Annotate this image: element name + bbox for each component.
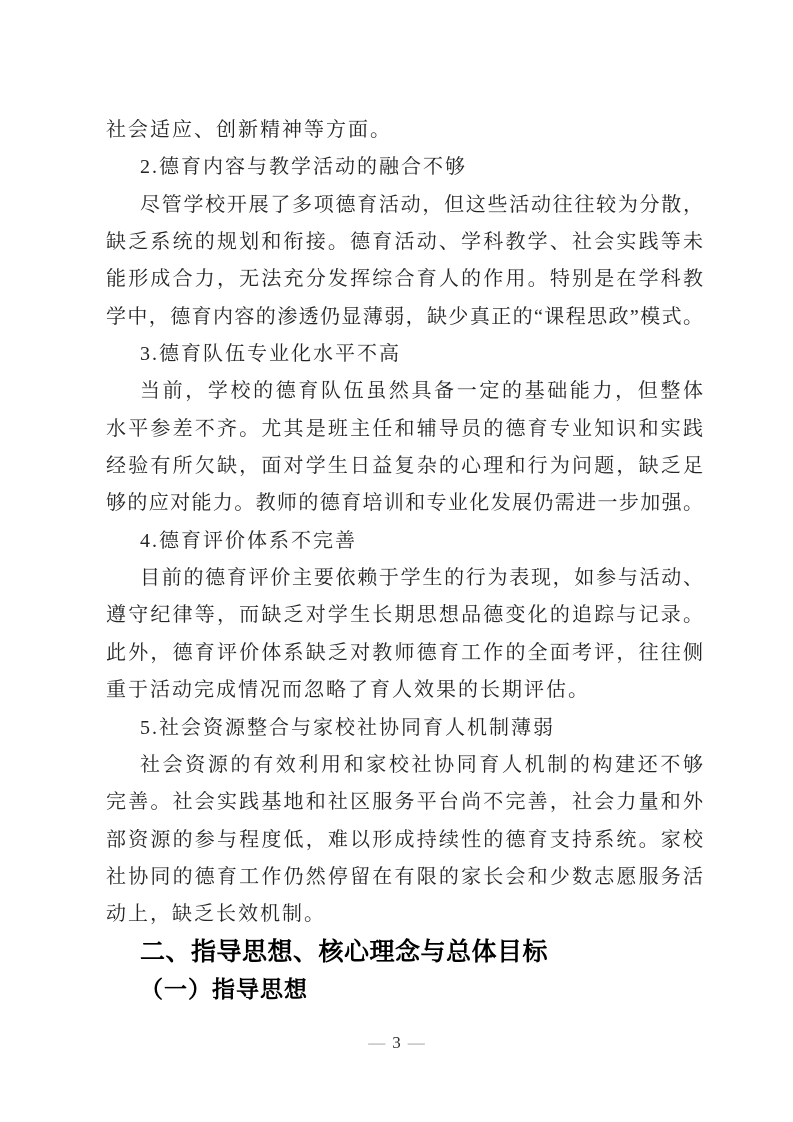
text-line: 社会适应、创新精神等方面。: [106, 112, 703, 149]
document-body: 社会适应、创新精神等方面。2.德育内容与教学活动的融合不够尽管学校开展了多项德育…: [106, 112, 703, 1008]
footer-dash-left: —: [361, 1033, 392, 1052]
page-footer: —3—: [0, 1032, 793, 1054]
text-line: 部资源的参与程度低，难以形成持续性的德育支持系统。家校: [106, 822, 703, 859]
text-line: 重于活动完成情况而忽略了育人效果的长期评估。: [106, 672, 703, 709]
text-line: 社会资源的有效利用和家校社协同育人机制的构建还不够: [106, 747, 703, 784]
text-line: 此外，德育评价体系缺乏对教师德育工作的全面考评，往往侧: [106, 635, 703, 672]
text-line: 社协同的德育工作仍然停留在有限的家长会和少数志愿服务活: [106, 859, 703, 896]
footer-dash-right: —: [401, 1033, 432, 1052]
page-number: 3: [392, 1033, 401, 1052]
document-page: 社会适应、创新精神等方面。2.德育内容与教学活动的融合不够尽管学校开展了多项德育…: [0, 0, 793, 1122]
text-line: 当前，学校的德育队伍虽然具备一定的基础能力，但整体: [106, 373, 703, 410]
text-line: 4.德育评价体系不完善: [106, 523, 703, 560]
text-line: 够的应对能力。教师的德育培训和专业化发展仍需进一步加强。: [106, 485, 703, 522]
text-line: 学中，德育内容的渗透仍显薄弱，缺少真正的“课程思政”模式。: [106, 299, 703, 336]
text-line: 经验有所欠缺，面对学生日益复杂的心理和行为问题，缺乏足: [106, 448, 703, 485]
text-line: 缺乏系统的规划和衔接。德育活动、学科教学、社会实践等未: [106, 224, 703, 261]
text-line: 遵守纪律等，而缺乏对学生长期思想品德变化的追踪与记录。: [106, 597, 703, 634]
text-line: 能形成合力，无法充分发挥综合育人的作用。特别是在学科教: [106, 261, 703, 298]
text-line: 2.德育内容与教学活动的融合不够: [106, 149, 703, 186]
section-heading: 二、指导思想、核心理念与总体目标: [106, 934, 703, 971]
text-line: 水平参差不齐。尤其是班主任和辅导员的德育专业知识和实践: [106, 411, 703, 448]
text-line: 3.德育队伍专业化水平不高: [106, 336, 703, 373]
text-line: 尽管学校开展了多项德育活动，但这些活动往往较为分散，: [106, 187, 703, 224]
text-line: 动上，缺乏长效机制。: [106, 896, 703, 933]
text-line: 5.社会资源整合与家校社协同育人机制薄弱: [106, 710, 703, 747]
subsection-heading: （一）指导思想: [106, 971, 703, 1008]
text-line: 目前的德育评价主要依赖于学生的行为表现，如参与活动、: [106, 560, 703, 597]
text-line: 完善。社会实践基地和社区服务平台尚不完善，社会力量和外: [106, 784, 703, 821]
